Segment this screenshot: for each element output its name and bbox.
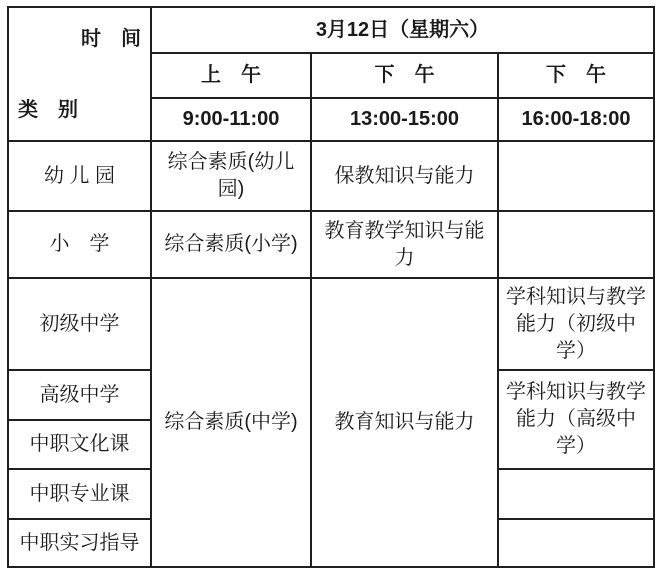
subject-cell-junior-afternoon2: 学科知识与教学能力（初级中学） bbox=[498, 278, 654, 370]
subject-cell-senior-afternoon2: 学科知识与教学能力（高级中学） bbox=[498, 370, 654, 469]
empty-cell-primary-afternoon2 bbox=[498, 211, 654, 278]
subject-cell-merged-afternoon1: 教育知识与能力 bbox=[311, 278, 498, 567]
morning-session-header: 上 午 bbox=[151, 53, 311, 98]
exam-schedule-table: 时 间 类 别 3月12日（星期六） 上 午 下 午 下 午 9:00-11:0… bbox=[7, 6, 655, 568]
afternoon2-session-header: 下 午 bbox=[498, 53, 654, 98]
subject-cell-merged-morning: 综合素质(中学) bbox=[151, 278, 311, 567]
category-cell-junior: 初级中学 bbox=[8, 278, 151, 370]
category-cell-voc-culture: 中职文化课 bbox=[8, 420, 151, 469]
date-header-cell: 3月12日（星期六） bbox=[151, 7, 654, 53]
empty-cell-voc-major-afternoon2 bbox=[498, 469, 654, 519]
category-cell-voc-intern: 中职实习指导 bbox=[8, 519, 151, 567]
category-cell-primary: 小 学 bbox=[8, 211, 151, 278]
corner-time-label: 时 间 bbox=[81, 26, 141, 53]
subject-cell-kindergarten-afternoon1: 保教知识与能力 bbox=[311, 141, 498, 211]
corner-header-cell: 时 间 类 别 bbox=[8, 7, 151, 141]
afternoon1-time-cell: 13:00-15:00 bbox=[311, 98, 498, 141]
category-cell-voc-major: 中职专业课 bbox=[8, 469, 151, 519]
category-cell-senior: 高级中学 bbox=[8, 370, 151, 420]
kindergarten-row: 幼 儿 园 综合素质(幼儿园) 保教知识与能力 bbox=[8, 141, 654, 211]
exam-schedule-page: 时 间 类 别 3月12日（星期六） 上 午 下 午 下 午 9:00-11:0… bbox=[0, 0, 657, 573]
subject-cell-primary-afternoon1: 教育教学知识与能力 bbox=[311, 211, 498, 278]
subject-cell-kindergarten-morning: 综合素质(幼儿园) bbox=[151, 141, 311, 211]
category-cell-kindergarten: 幼 儿 园 bbox=[8, 141, 151, 211]
morning-time-cell: 9:00-11:00 bbox=[151, 98, 311, 141]
primary-school-row: 小 学 综合素质(小学) 教育教学知识与能力 bbox=[8, 211, 654, 278]
date-header-row: 时 间 类 别 3月12日（星期六） bbox=[8, 7, 654, 53]
afternoon2-time-cell: 16:00-18:00 bbox=[498, 98, 654, 141]
junior-middle-row: 初级中学 综合素质(中学) 教育知识与能力 学科知识与教学能力（初级中学） bbox=[8, 278, 654, 370]
corner-category-label: 类 别 bbox=[18, 97, 78, 124]
subject-cell-primary-morning: 综合素质(小学) bbox=[151, 211, 311, 278]
empty-cell-voc-intern-afternoon2 bbox=[498, 519, 654, 567]
empty-cell-kindergarten-afternoon2 bbox=[498, 141, 654, 211]
afternoon1-session-header: 下 午 bbox=[311, 53, 498, 98]
